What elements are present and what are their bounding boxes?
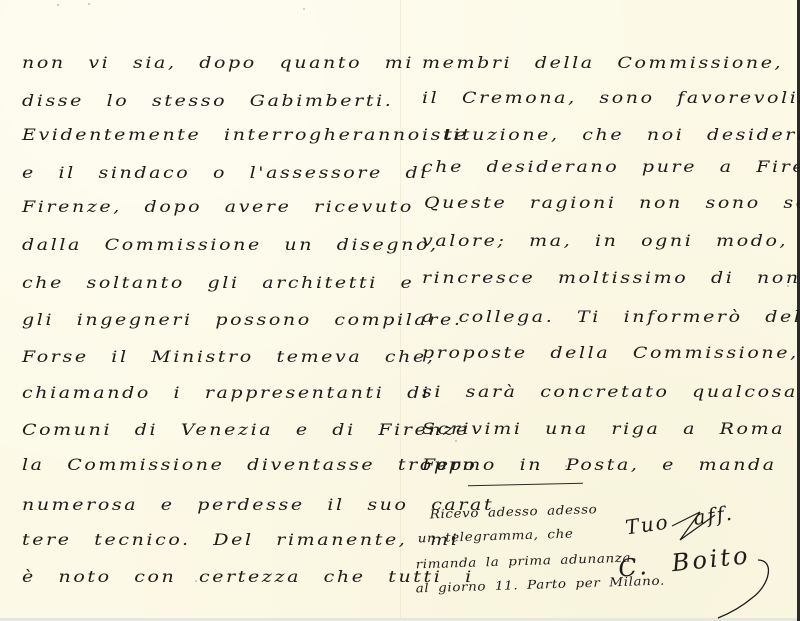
signature-flourish xyxy=(0,0,800,621)
